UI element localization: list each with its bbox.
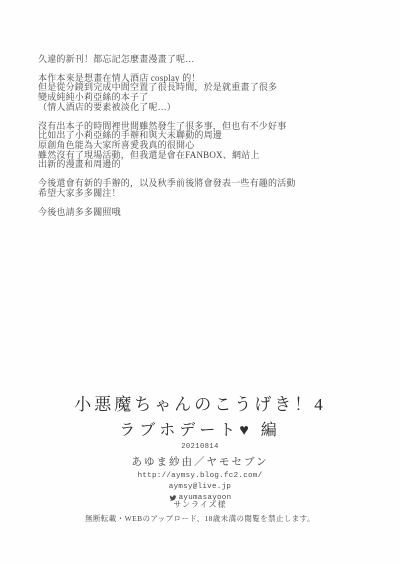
afterword-line: （情人酒店的要素被淡化了呢…） bbox=[38, 103, 380, 113]
disclaimer-text: 無断転載・WEBのアップロード、18歳未満の閲覧を禁止します。 bbox=[0, 513, 400, 524]
title-block: 小悪魔ちゃんのこうげき！4 ラブホデート♥ 編 bbox=[0, 390, 400, 440]
doujin-title: 小悪魔ちゃんのこうげき！4 bbox=[0, 390, 400, 415]
email-address: aymsy@live.jp bbox=[0, 483, 400, 491]
copyright-attribution: サンライズ様 bbox=[0, 499, 400, 510]
doujinshi-afterword-page: 久違的新刊！都忘記怎麼畫漫畫了呢… 本作本來是想畫在情人酒店 cosplay 的… bbox=[0, 0, 400, 564]
afterword-text-block: 久違的新刊！都忘記怎麼畫漫畫了呢… 本作本來是想畫在情人酒店 cosplay 的… bbox=[38, 45, 380, 227]
footer-block: サンライズ様 無断転載・WEBのアップロード、18歳未満の閲覧を禁止します。 bbox=[0, 499, 400, 524]
afterword-line: 今後也請多多關照哦 bbox=[38, 208, 380, 218]
afterword-line: 希望大家多多關注！ bbox=[38, 189, 380, 199]
doujin-subtitle: ラブホデート♥ 編 bbox=[0, 417, 400, 440]
afterword-line: 出新的漫畫和周邊的 bbox=[38, 160, 380, 170]
release-date: 20210814 bbox=[0, 443, 400, 451]
author-name: あゆま紗由／ヤモセブン bbox=[0, 454, 400, 469]
website-url: http://aymsy.blog.fc2.com/ bbox=[0, 472, 400, 480]
credits-block: 20210814 あゆま紗由／ヤモセブン http://aymsy.blog.f… bbox=[0, 443, 400, 502]
afterword-line: 久違的新刊！都忘記怎麼畫漫畫了呢… bbox=[38, 55, 380, 65]
